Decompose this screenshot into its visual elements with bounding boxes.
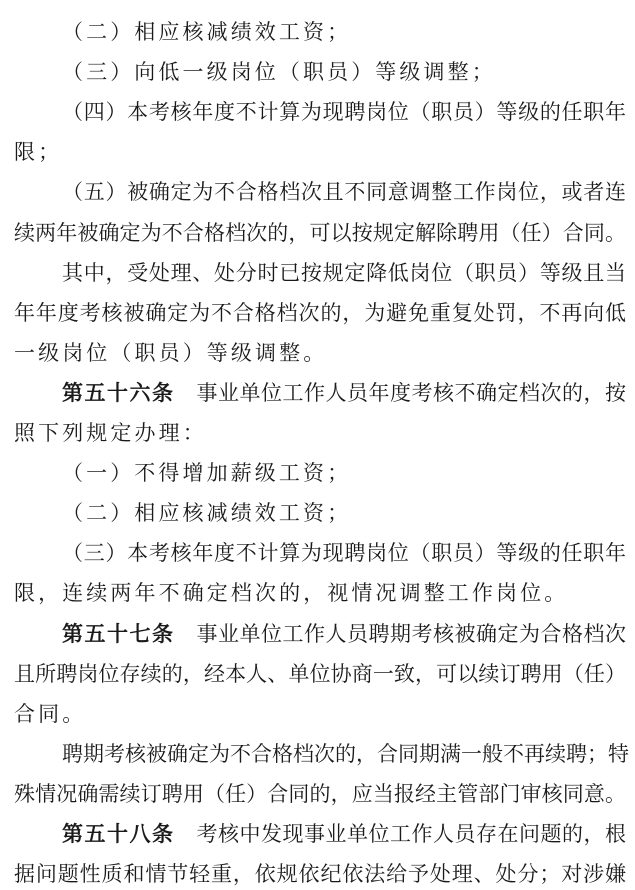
line-text: 限；	[14, 140, 62, 164]
paragraph-exception-line-1: 其中，受处理、处分时已按规定降低岗位（职员）等级且当	[62, 258, 626, 288]
line-text: （三）本考核年度不计算为现聘岗位（职员）等级的任职年	[62, 541, 626, 565]
line-text: 聘期考核被确定为不合格档次的，合同期满一般不再续聘；特	[62, 742, 629, 766]
line-text: （四）本考核年度不计算为现聘岗位（职员）等级的任职年	[62, 100, 626, 124]
article-57-line-2: 且所聘岗位存续的，经本人、单位协商一致，可以续订聘用（任）	[14, 659, 626, 689]
line-text: （一）不得增加薪级工资；	[62, 461, 351, 485]
article-number: 第五十七条	[62, 622, 175, 646]
clause-5-termination-line-1: （五）被确定为不合格档次且不同意调整工作岗位，或者连	[62, 177, 626, 207]
article-56-clause-1: （一）不得增加薪级工资；	[62, 458, 626, 488]
article-57-para-2-line-2: 殊情况确需续订聘用（任）合同的，应当报经主管部门审核同意。	[14, 779, 626, 809]
article-58-line-1: 第五十八条考核中发现事业单位工作人员存在问题的，根	[62, 819, 626, 849]
line-text: 考核中发现事业单位工作人员存在问题的，根	[197, 822, 627, 846]
line-text: 殊情况确需续订聘用（任）合同的，应当报经主管部门审核同意。	[14, 782, 626, 806]
line-text: 限，连续两年不确定档次的，视情况调整工作岗位。	[14, 581, 568, 605]
line-text: 且所聘岗位存续的，经本人、单位协商一致，可以续订聘用（任）	[14, 662, 626, 686]
line-text: （二）相应核减绩效工资；	[62, 501, 351, 525]
line-text: 续两年被确定为不合格档次的，可以按规定解除聘用（任）合同。	[14, 221, 626, 245]
article-56-line-1: 第五十六条事业单位工作人员年度考核不确定档次的，按	[62, 378, 626, 408]
document-page: （二）相应核减绩效工资； （三）向低一级岗位（职员）等级调整； （四）本考核年度…	[0, 0, 635, 890]
paragraph-exception-line-2: 年年度考核被确定为不合格档次的，为避免重复处罚，不再向低	[14, 298, 626, 328]
article-number: 第五十八条	[62, 822, 175, 846]
line-text: 合同。	[14, 702, 86, 726]
article-56-clause-3-line-1: （三）本考核年度不计算为现聘岗位（职员）等级的任职年	[62, 538, 626, 568]
clause-2-reduce-performance-pay: （二）相应核减绩效工资；	[62, 17, 626, 47]
line-text: （三）向低一级岗位（职员）等级调整；	[62, 60, 496, 84]
article-58-line-2: 据问题性质和情节轻重，依规依纪依法给予处理、处分；对涉嫌	[14, 859, 626, 889]
clause-4-tenure-line-1: （四）本考核年度不计算为现聘岗位（职员）等级的任职年	[62, 97, 626, 127]
article-57-line-1: 第五十七条事业单位工作人员聘期考核被确定为合格档次	[62, 619, 626, 649]
clause-5-termination-line-2: 续两年被确定为不合格档次的，可以按规定解除聘用（任）合同。	[14, 218, 626, 248]
line-text: 事业单位工作人员聘期考核被确定为合格档次	[197, 622, 627, 646]
line-text: 年年度考核被确定为不合格档次的，为避免重复处罚，不再向低	[14, 301, 626, 325]
line-text: （二）相应核减绩效工资；	[62, 20, 351, 44]
clause-4-tenure-line-2: 限；	[14, 137, 626, 167]
clause-3-demote-grade: （三）向低一级岗位（职员）等级调整；	[62, 57, 626, 87]
article-56-clause-2: （二）相应核减绩效工资；	[62, 498, 626, 528]
line-text: 事业单位工作人员年度考核不确定档次的，按	[197, 381, 627, 405]
article-57-para-2-line-1: 聘期考核被确定为不合格档次的，合同期满一般不再续聘；特	[62, 739, 626, 769]
article-number: 第五十六条	[62, 381, 175, 405]
line-text: 一级岗位（职员）等级调整。	[14, 341, 327, 365]
line-text: （五）被确定为不合格档次且不同意调整工作岗位，或者连	[62, 180, 626, 204]
article-56-line-2: 照下列规定办理：	[14, 418, 626, 448]
line-text: 据问题性质和情节轻重，依规依纪依法给予处理、处分；对涉嫌	[14, 862, 626, 886]
line-text: 其中，受处理、处分时已按规定降低岗位（职员）等级且当	[62, 261, 626, 285]
article-57-line-3: 合同。	[14, 699, 626, 729]
line-text: 照下列规定办理：	[14, 421, 207, 445]
paragraph-exception-line-3: 一级岗位（职员）等级调整。	[14, 338, 626, 368]
article-56-clause-3-line-2: 限，连续两年不确定档次的，视情况调整工作岗位。	[14, 578, 626, 608]
